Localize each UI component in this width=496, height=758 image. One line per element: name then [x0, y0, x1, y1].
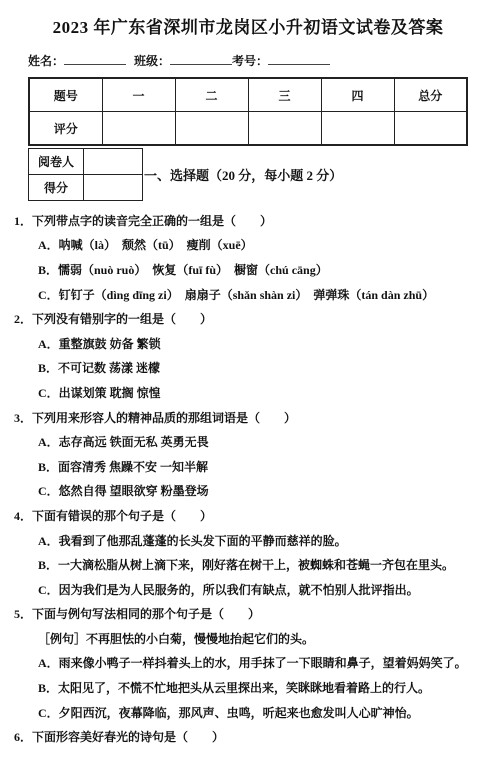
question-option: C．悠然自得 望眼欲穿 粉墨登场 — [14, 479, 496, 504]
grader-section: 阅卷人 得分 一、选择题（20 分，每小题 2 分） — [28, 148, 496, 201]
class-label: 班级： — [134, 54, 170, 68]
question-option: A．志存高远 铁面无私 英勇无畏 — [14, 429, 496, 454]
question-option: A．雨来像小鸭子一样抖着头上的水，用手抹了一下眼睛和鼻子，望着妈妈笑了。 — [14, 651, 496, 676]
score-table-header-cell: 总分 — [394, 78, 467, 112]
score-cell-empty — [248, 112, 321, 146]
question-option: B．太阳见了，不慌不忙地把头从云里探出来，笑眯眯地看着路上的行人。 — [14, 675, 496, 700]
name-label: 姓名： — [28, 54, 64, 68]
question-option: C．夕阳西沉，夜幕降临，那风声、虫鸣，听起来也愈发叫人心旷神怡。 — [14, 700, 496, 725]
score-table-header-cell: 三 — [248, 78, 321, 112]
question-stem: 4．下面有错误的那个句子是（ ） — [14, 503, 496, 528]
grader-box-row: 阅卷人 — [29, 149, 143, 175]
score-cell-empty — [102, 112, 175, 146]
score-table-header-cell: 题号 — [29, 78, 102, 112]
name-blank — [64, 51, 126, 65]
question-option: A．重整旗鼓 妨备 繁锁 — [14, 331, 496, 356]
score-row-label: 评分 — [29, 112, 102, 146]
score-label: 得分 — [29, 175, 84, 201]
section-heading: 一、选择题（20 分，每小题 2 分） — [144, 165, 342, 184]
score-cell-empty — [394, 112, 467, 146]
question-option: A．呐喊（là） 颓然（tū） 瘦削（xuē） — [14, 233, 496, 258]
question-option: C．出谋划策 耽搁 惊惶 — [14, 380, 496, 405]
exam-title: 2023 年广东省深圳市龙岗区小升初语文试卷及答案 — [0, 0, 496, 38]
score-table-header-cell: 四 — [321, 78, 394, 112]
question-stem: 1．下列带点字的读音完全正确的一组是（ ） — [14, 208, 496, 233]
exam-no-label: 考号： — [232, 54, 268, 68]
question-stem: 2．下列没有错别字的一组是（ ） — [14, 306, 496, 331]
exam-no-blank — [268, 51, 330, 65]
question-option: C．钉钉子（dìng dīng zi） 扇扇子（shǎn shàn zi） 弹弹… — [14, 282, 496, 307]
score-table-header-cell: 一 — [102, 78, 175, 112]
score-value-empty — [84, 175, 143, 201]
grader-value-empty — [84, 149, 143, 175]
score-table-header-row: 题号 一 二 三 四 总分 — [29, 78, 467, 112]
score-table-score-row: 评分 — [29, 112, 467, 146]
score-table-header-cell: 二 — [175, 78, 248, 112]
question-option: B．面容清秀 焦躁不安 一知半解 — [14, 454, 496, 479]
student-info-line: 姓名：班级：考号： — [28, 51, 496, 69]
question-1: 1．下列带点字的读音完全正确的一组是（ ） A．呐喊（là） 颓然（tū） 瘦削… — [14, 208, 496, 306]
question-6: 6．下面形容美好春光的诗句是（ ） — [14, 724, 496, 749]
question-stem: 3．下列用来形容人的精神品质的那组词语是（ ） — [14, 405, 496, 430]
score-cell-empty — [175, 112, 248, 146]
grader-box: 阅卷人 得分 — [28, 148, 143, 201]
question-option: B．懦弱（nuò ruò） 恢复（fuī fù） 橱窗（chú cāng） — [14, 257, 496, 282]
score-cell-empty — [321, 112, 394, 146]
question-option: C．因为我们是为人民服务的，所以我们有缺点，就不怕别人批评指出。 — [14, 577, 496, 602]
grader-box-row: 得分 — [29, 175, 143, 201]
question-2: 2．下列没有错别字的一组是（ ） A．重整旗鼓 妨备 繁锁 B．不可记数 荡漾 … — [14, 306, 496, 404]
question-5: 5．下面与例句写法相同的那个句子是（ ） ［例句］不再胆怯的小白菊，慢慢地抬起它… — [14, 602, 496, 725]
question-option: A．我看到了他那乱蓬蓬的长头发下面的平静而慈祥的脸。 — [14, 528, 496, 553]
question-option: B．一大滴松脂从树上滴下来，刚好落在树干上，被蜘蛛和苍蝇一齐包在里头。 — [14, 552, 496, 577]
question-list: 1．下列带点字的读音完全正确的一组是（ ） A．呐喊（là） 颓然（tū） 瘦削… — [14, 208, 496, 749]
question-stem: 6．下面形容美好春光的诗句是（ ） — [14, 724, 496, 749]
question-4: 4．下面有错误的那个句子是（ ） A．我看到了他那乱蓬蓬的长头发下面的平静而慈祥… — [14, 503, 496, 601]
question-stem: 5．下面与例句写法相同的那个句子是（ ） — [14, 602, 496, 627]
question-3: 3．下列用来形容人的精神品质的那组词语是（ ） A．志存高远 铁面无私 英勇无畏… — [14, 405, 496, 503]
score-table: 题号 一 二 三 四 总分 评分 — [28, 77, 468, 146]
question-example-sentence: ［例句］不再胆怯的小白菊，慢慢地抬起它们的头。 — [14, 626, 496, 651]
class-blank — [170, 51, 232, 65]
grader-label: 阅卷人 — [29, 149, 84, 175]
exam-paper-page: 2023 年广东省深圳市龙岗区小升初语文试卷及答案 姓名：班级：考号： 题号 一… — [0, 0, 496, 758]
question-option: B．不可记数 荡漾 迷檬 — [14, 356, 496, 381]
